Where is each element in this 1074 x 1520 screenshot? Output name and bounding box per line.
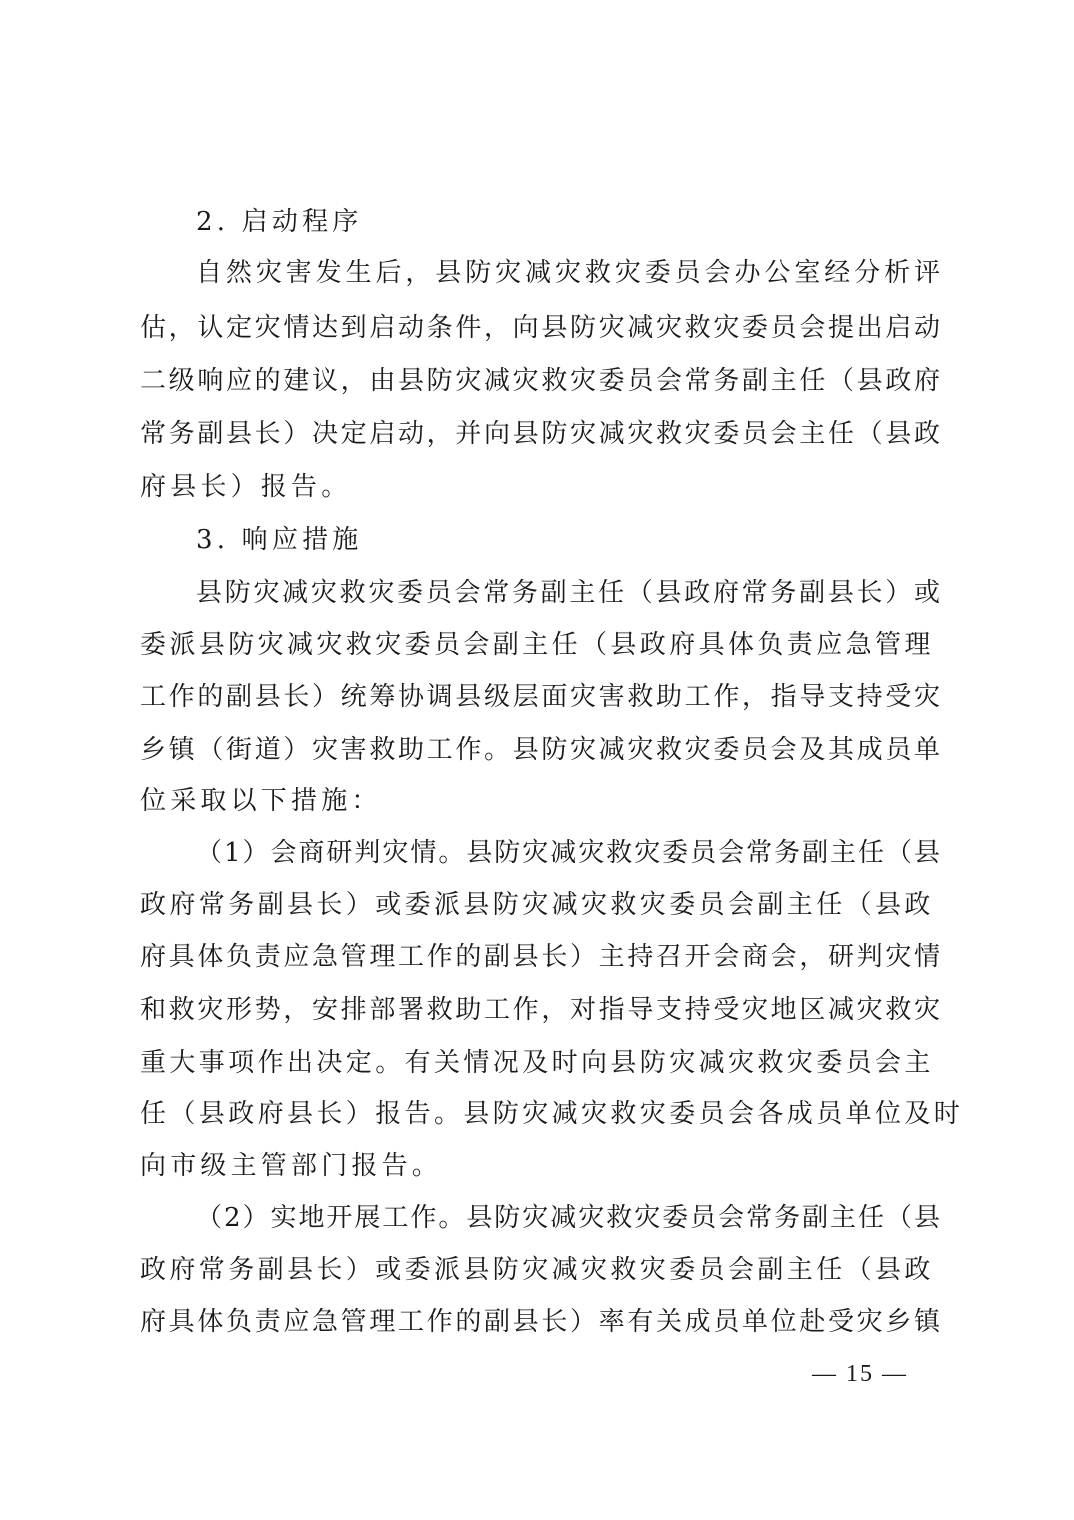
paragraph-line: 政府常务副县长）或委派县防灾减灾救灾委员会副主任（县政: [140, 889, 940, 921]
paragraph-line: 位采取以下措施：: [140, 785, 940, 817]
paragraph-line: （2）实地开展工作。县防灾减灾救灾委员会常务副主任（县: [196, 1202, 940, 1234]
paragraph-line: 工作的副县长）统筹协调县级层面灾害救助工作，指导支持受灾: [140, 681, 940, 713]
paragraph-line: 二级响应的建议，由县防灾减灾救灾委员会常务副主任（县政府: [140, 365, 940, 397]
paragraph-line: 任（县政府县长）报告。县防灾减灾救灾委员会各成员单位及时: [140, 1098, 940, 1130]
paragraph-line: 和救灾形势，安排部署救助工作，对指导支持受灾地区减灾救灾: [140, 994, 940, 1026]
section-heading-response-measures: 3. 响应措施: [196, 524, 996, 556]
paragraph-line: （1）会商研判灾情。县防灾减灾救灾委员会常务副主任（县: [196, 837, 940, 869]
document-page: 2. 启动程序 自然灾害发生后，县防灾减灾救灾委员会办公室经分析评 估，认定灾情…: [0, 0, 1074, 1520]
page-number: — 15 —: [812, 1358, 908, 1390]
paragraph-line: 府县长）报告。: [140, 471, 940, 503]
section-heading-startup-procedure: 2. 启动程序: [196, 206, 996, 238]
paragraph-line: 自然灾害发生后，县防灾减灾救灾委员会办公室经分析评: [196, 257, 940, 289]
paragraph-line: 乡镇（街道）灾害救助工作。县防灾减灾救灾委员会及其成员单: [140, 734, 940, 766]
paragraph-line: 府具体负责应急管理工作的副县长）主持召开会商会，研判灾情: [140, 941, 940, 973]
paragraph-line: 向市级主管部门报告。: [140, 1150, 940, 1182]
paragraph-line: 常务副县长）决定启动，并向县防灾减灾救灾委员会主任（县政: [140, 418, 940, 450]
paragraph-line: 重大事项作出决定。有关情况及时向县防灾减灾救灾委员会主: [140, 1047, 940, 1079]
paragraph-line: 府具体负责应急管理工作的副县长）率有关成员单位赴受灾乡镇: [140, 1306, 940, 1338]
paragraph-line: 估，认定灾情达到启动条件，向县防灾减灾救灾委员会提出启动: [140, 312, 940, 344]
paragraph-line: 委派县防灾减灾救灾委员会副主任（县政府具体负责应急管理: [140, 629, 940, 661]
paragraph-line: 政府常务副县长）或委派县防灾减灾救灾委员会副主任（县政: [140, 1254, 940, 1286]
paragraph-line: 县防灾减灾救灾委员会常务副主任（县政府常务副县长）或: [196, 577, 940, 609]
